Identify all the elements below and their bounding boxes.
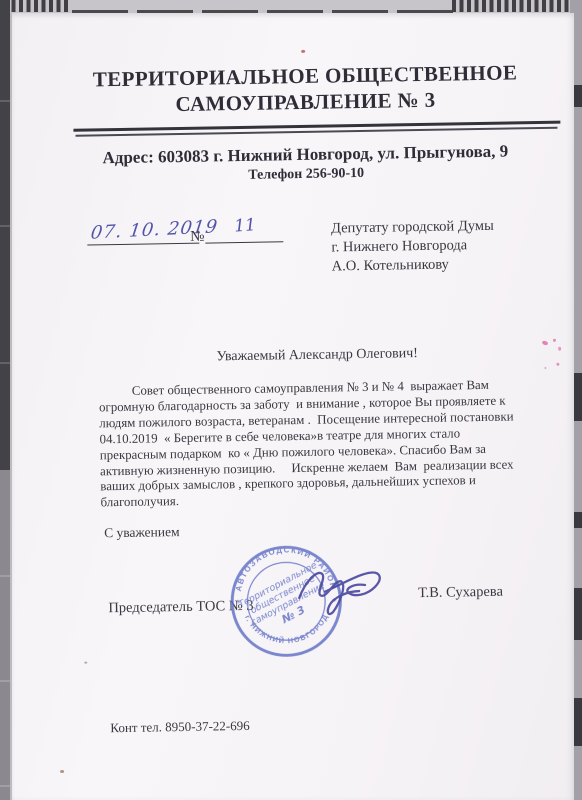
pink-dot (542, 340, 549, 346)
tile-separator (0, 575, 10, 577)
number-sign: № (190, 229, 205, 246)
recipient-line: А.О. Котельникову (332, 255, 495, 277)
scan-speck (84, 662, 87, 664)
tile-separator (0, 680, 10, 682)
tile-comb-pattern-left (4, 0, 70, 12)
number-underline (205, 240, 283, 243)
stamp-separator-left: * (236, 599, 241, 609)
letter-content: ТЕРРИТОРИАЛЬНОЕ ОБЩЕСТВЕННОЕ САМОУПРАВЛЕ… (6, 9, 581, 800)
pink-dot (558, 347, 561, 351)
handwritten-number: 11 (212, 214, 277, 238)
handwritten-signature (295, 562, 396, 626)
pink-dot (544, 367, 546, 369)
scan-speck (301, 50, 305, 53)
letter-body: Совет общественного самоуправления № 3 и… (99, 376, 581, 511)
contact-phone-line: Конт тел. 8950-37-22-696 (110, 718, 250, 736)
date-underline (87, 242, 199, 246)
letterhead-double-rule (73, 121, 560, 132)
recipient-block: Депутату городской Думы г. Нижнего Новго… (331, 217, 495, 277)
recipient-line: Депутату городской Думы (331, 217, 494, 239)
scan-speck (60, 770, 64, 773)
tile-separator (0, 362, 10, 364)
pink-ink-smudge (539, 336, 566, 376)
salutation: Уважаемый Александр Олегович! (152, 345, 482, 366)
pink-dot (553, 339, 556, 342)
scanned-letter-page: ТЕРРИТОРИАЛЬНОЕ ОБЩЕСТВЕННОЕ САМОУПРАВЛЕ… (0, 0, 582, 800)
organization-title: ТЕРРИТОРИАЛЬНОЕ ОБЩЕСТВЕННОЕ САМОУПРАВЛЕ… (42, 59, 568, 120)
closing-phrase: С уважением (104, 524, 180, 541)
pink-dot (556, 363, 559, 366)
signer-name: Т.В. Сухарева (418, 584, 503, 602)
letter-paper: ТЕРРИТОРИАЛЬНОЕ ОБЩЕСТВЕННОЕ САМОУПРАВЛЕ… (10, 13, 574, 800)
tile-separator (0, 785, 10, 787)
